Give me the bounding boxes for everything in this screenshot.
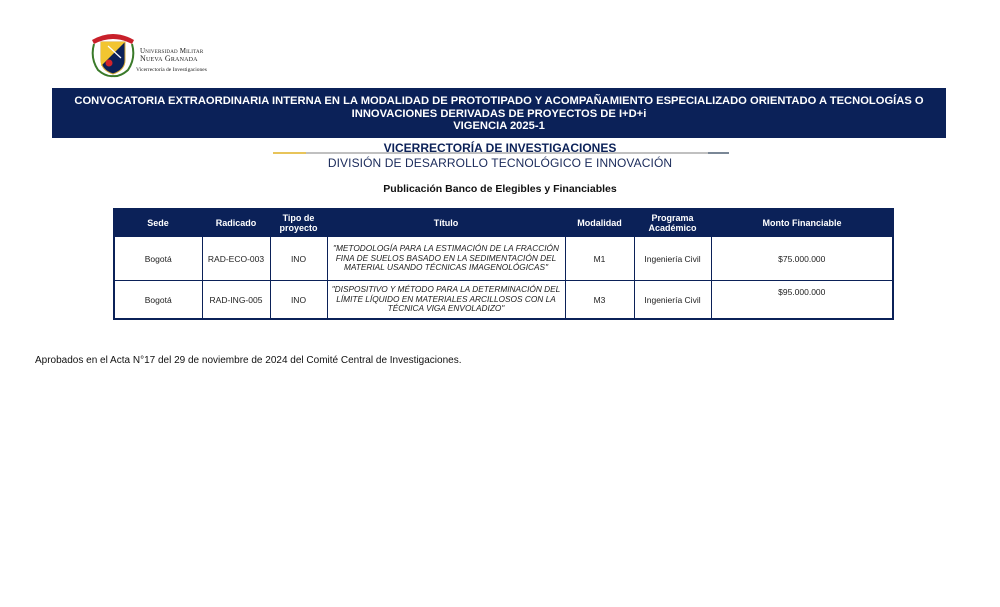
cell-monto: $95.000.000 (711, 281, 893, 320)
cell-programa: Ingeniería Civil (634, 236, 711, 281)
col-header-tipo-line1: Tipo de (283, 213, 315, 223)
cell-tipo: INO (270, 281, 327, 320)
heading-divider-accent-blue (708, 152, 729, 154)
division-heading: DIVISIÓN DE DESARROLLO TECNOLÓGICO E INN… (0, 156, 1000, 170)
col-header-monto: Monto Financiable (711, 209, 893, 236)
eligible-projects-table: Sede Radicado Tipo de proyecto Título Mo… (113, 208, 894, 320)
call-title-banner: CONVOCATORIA EXTRAORDINARIA INTERNA EN L… (52, 88, 946, 138)
col-header-tipo: Tipo de proyecto (270, 209, 327, 236)
call-title-line2: INNOVACIONES DERIVADAS DE PROYECTOS DE I… (52, 108, 946, 121)
col-header-titulo: Título (327, 209, 565, 236)
col-header-programa-line1: Programa (651, 213, 693, 223)
cell-titulo: "METODOLOGÍA PARA LA ESTIMACIÓN DE LA FR… (327, 236, 565, 281)
cell-radicado: RAD-ECO-003 (202, 236, 270, 281)
approval-footnote: Aprobados en el Acta N°17 del 29 de novi… (35, 355, 462, 366)
col-header-modalidad: Modalidad (565, 209, 634, 236)
col-header-sede: Sede (114, 209, 202, 236)
call-title-line3: VIGENCIA 2025-1 (52, 120, 946, 133)
cell-monto: $75.000.000 (711, 236, 893, 281)
cell-modalidad: M1 (565, 236, 634, 281)
university-crest-icon (88, 30, 138, 78)
publication-title: Publicación Banco de Elegibles y Financi… (0, 183, 1000, 195)
cell-radicado: RAD-ING-005 (202, 281, 270, 320)
cell-programa: Ingeniería Civil (634, 281, 711, 320)
table-row: Bogotá RAD-ING-005 INO "DISPOSITIVO Y MÉ… (114, 281, 893, 320)
table-row: Bogotá RAD-ECO-003 INO "METODOLOGÍA PARA… (114, 236, 893, 281)
logo-subtitle: Vicerrectoría de Investigaciones (136, 67, 207, 73)
heading-divider (273, 152, 729, 154)
col-header-programa: Programa Académico (634, 209, 711, 236)
table-header-row: Sede Radicado Tipo de proyecto Título Mo… (114, 209, 893, 236)
cell-sede: Bogotá (114, 236, 202, 281)
heading-divider-accent-gold (273, 152, 306, 154)
cell-modalidad: M3 (565, 281, 634, 320)
col-header-programa-line2: Académico (648, 223, 696, 233)
cell-sede: Bogotá (114, 281, 202, 320)
university-logo: Universidad Militar Nueva Granada Vicerr… (88, 30, 218, 78)
cell-titulo: "DISPOSITIVO Y MÉTODO PARA LA DETERMINAC… (327, 281, 565, 320)
col-header-radicado: Radicado (202, 209, 270, 236)
col-header-tipo-line2: proyecto (279, 223, 317, 233)
call-title-line1: CONVOCATORIA EXTRAORDINARIA INTERNA EN L… (52, 95, 946, 108)
university-name-line2: Nueva Granada (140, 54, 198, 63)
cell-tipo: INO (270, 236, 327, 281)
document-page: Universidad Militar Nueva Granada Vicerr… (0, 0, 1000, 607)
